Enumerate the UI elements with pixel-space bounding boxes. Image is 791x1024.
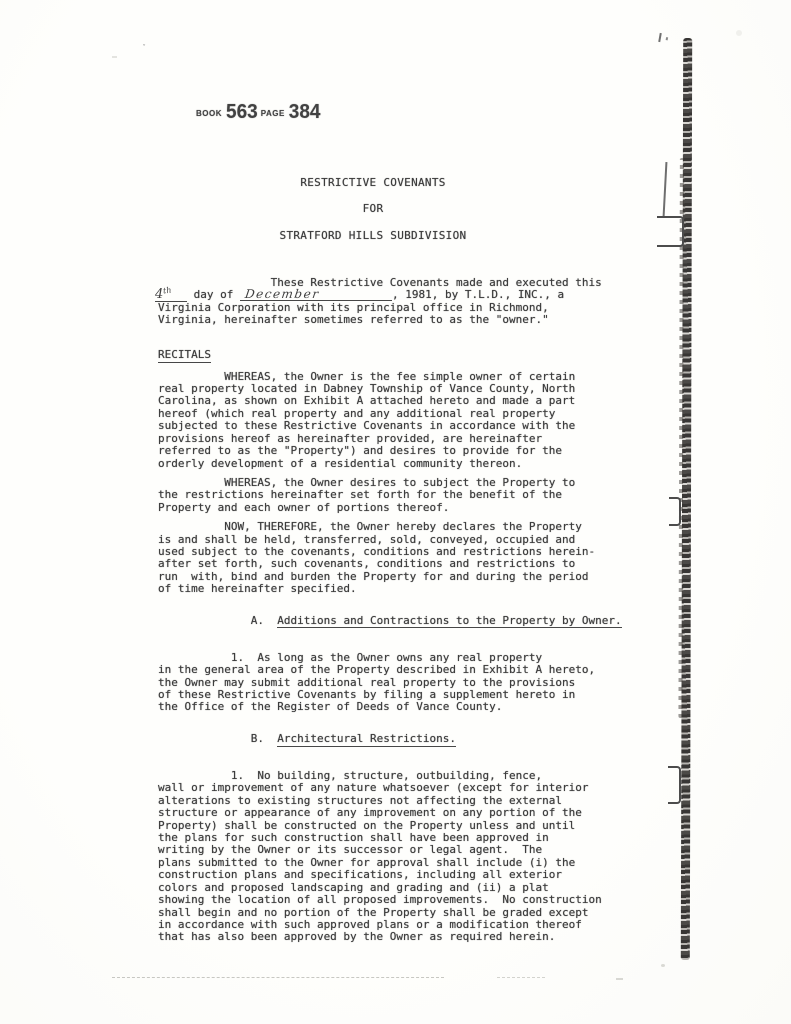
opening-lines-3-4: Virginia Corporation with its principal … [158, 301, 549, 326]
handwritten-month-field: December [240, 289, 392, 301]
section-b-letter: B. [198, 732, 277, 745]
scanned-document-page: ˇ BOOK 563 PAGE 384 RESTRICTIVE COVENANT… [0, 0, 791, 1024]
section-a-heading: A. Additions and Contractions to the Pro… [158, 603, 633, 640]
document-body: RESTRICTIVE COVENANTS FOR STRATFORD HILL… [158, 177, 633, 951]
now-therefore-paragraph: NOW, THEREFORE, the Owner hereby declare… [158, 521, 633, 595]
document-title-block: RESTRICTIVE COVENANTS FOR STRATFORD HILL… [158, 177, 588, 242]
ink-speck [658, 33, 662, 42]
document-title: RESTRICTIVE COVENANTS [158, 177, 588, 189]
opening-line-2-end: , 1981, by T.L.D., INC., a [392, 288, 564, 301]
section-a-heading-text: Additions and Contractions to the Proper… [277, 614, 621, 629]
margin-bracket-3 [668, 766, 681, 804]
bottom-scan-line-2 [497, 977, 545, 978]
handwritten-day-suffix: th [163, 285, 173, 297]
whereas-paragraph-2: WHEREAS, the Owner desires to subject th… [158, 477, 633, 514]
recitals-heading: RECITALS [158, 349, 633, 361]
ink-speck [661, 964, 665, 967]
margin-bracket-2 [669, 497, 681, 526]
section-a-item-1: 1. As long as the Owner owns any real pr… [158, 652, 633, 714]
document-title-for: FOR [158, 203, 588, 215]
ink-speck: ˇ [142, 46, 146, 51]
book-page-stamp: BOOK 563 PAGE 384 [196, 102, 323, 124]
section-b-heading: B. Architectural Restrictions. [158, 721, 633, 758]
ink-speck [736, 30, 742, 36]
stamp-page-number: 384 [289, 101, 321, 124]
whereas-paragraph-1: WHEREAS, the Owner is the fee simple own… [158, 371, 633, 470]
stamp-page-label: PAGE [261, 109, 285, 118]
section-a-letter: A. [198, 614, 277, 627]
opening-line-2-mid: day of [187, 288, 240, 301]
stamp-book-label: BOOK [196, 109, 222, 118]
scan-binding-band [681, 38, 692, 960]
section-b-heading-text: Architectural Restrictions. [277, 732, 456, 747]
margin-bracket-lead-line [663, 162, 667, 217]
margin-bracket-1 [657, 216, 684, 247]
bottom-scan-dot [616, 978, 623, 980]
handwritten-month-text: December [244, 289, 320, 300]
opening-paragraph: These Restrictive Covenants made and exe… [158, 264, 633, 339]
stamp-book-number: 563 [226, 101, 258, 124]
bottom-scan-line [112, 977, 444, 978]
ink-speck [112, 56, 117, 58]
document-subtitle: STRATFORD HILLS SUBDIVISION [158, 230, 588, 242]
section-b-item-1: 1. No building, structure, outbuilding, … [158, 770, 633, 944]
recitals-heading-text: RECITALS [158, 348, 211, 363]
